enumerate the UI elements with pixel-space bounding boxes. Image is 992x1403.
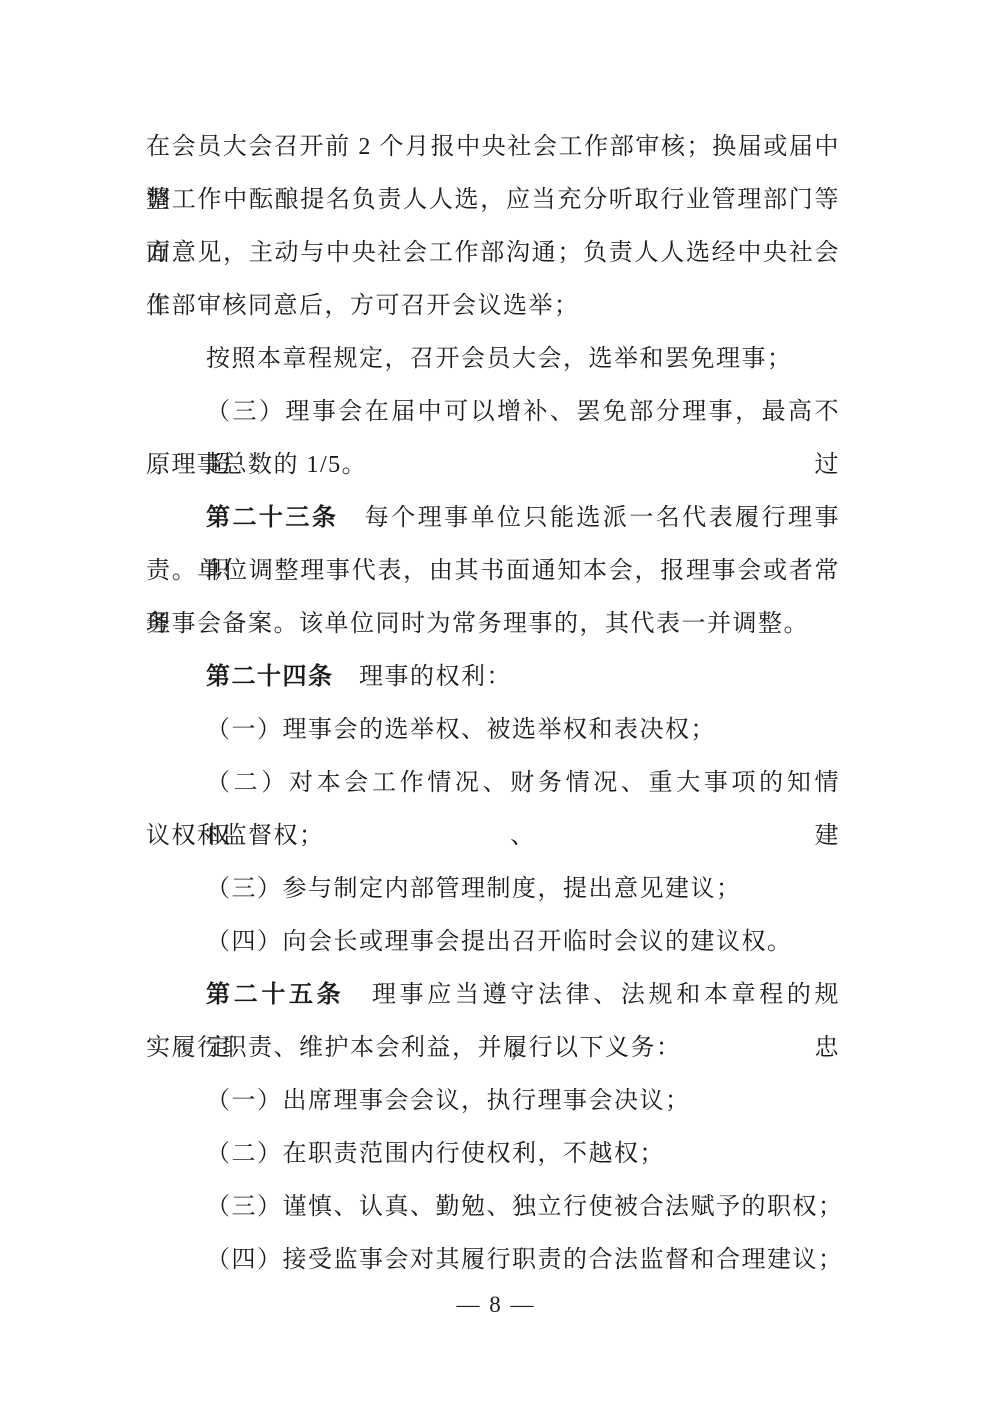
text-run: （一）出席理事会会议，执行理事会决议； <box>206 1088 691 1114</box>
text-line: （三）理事会在届中可以增补、罢免部分理事，最高不超过 <box>146 386 840 439</box>
text-run: （四）接受监事会对其履行职责的合法监督和合理建议； <box>206 1247 844 1273</box>
text-run: 理事的权利： <box>334 664 513 690</box>
text-line: 整工作中酝酿提名负责人人选，应当充分听取行业管理部门等方 <box>146 174 840 227</box>
text-run: （四）向会长或理事会提出召开临时会议的建议权。 <box>206 929 793 955</box>
text-line: （二）在职责范围内行使权利，不越权； <box>146 1128 840 1181</box>
text-line: 第二十四条 理事的权利： <box>146 651 840 704</box>
text-line: 面意见，主动与中央社会工作部沟通；负责人人选经中央社会工 <box>146 227 840 280</box>
text-run: （三）谨慎、认真、勤勉、独立行使被合法赋予的职权； <box>206 1194 844 1220</box>
text-line: 按照本章程规定，召开会员大会，选举和罢免理事； <box>146 333 840 386</box>
text-run: 作部审核同意后，方可召开会议选举； <box>146 293 580 319</box>
text-line: 理事会备案。该单位同时为常务理事的，其代表一并调整。 <box>146 598 840 651</box>
text-run: 实履行职责、维护本会利益，并履行以下义务： <box>146 1035 682 1061</box>
article-number: 第二十四条 <box>206 664 334 690</box>
text-line: 责。单位调整理事代表，由其书面通知本会，报理事会或者常务 <box>146 545 840 598</box>
text-line: 第二十三条 每个理事单位只能选派一名代表履行理事职 <box>146 492 840 545</box>
text-line: （四）向会长或理事会提出召开临时会议的建议权。 <box>146 916 840 969</box>
page-number: — 8 — <box>0 1284 992 1326</box>
text-line: （一）出席理事会会议，执行理事会决议； <box>146 1075 840 1128</box>
article-number: 第二十三条 <box>206 505 338 531</box>
text-line: 作部审核同意后，方可召开会议选举； <box>146 280 840 333</box>
text-line: （三）参与制定内部管理制度，提出意见建议； <box>146 863 840 916</box>
text-line: 第二十五条 理事应当遵守法律、法规和本章程的规定，忠 <box>146 969 840 1022</box>
text-line: （四）接受监事会对其履行职责的合法监督和合理建议； <box>146 1234 840 1287</box>
text-run: 理事会备案。该单位同时为常务理事的，其代表一并调整。 <box>146 611 809 637</box>
document-page: { "page": { "background_color": "#ffffff… <box>0 0 992 1403</box>
text-line: （二）对本会工作情况、财务情况、重大事项的知情权、建 <box>146 757 840 810</box>
text-line: （一）理事会的选举权、被选举权和表决权； <box>146 704 840 757</box>
text-run: （一）理事会的选举权、被选举权和表决权； <box>206 717 716 743</box>
article-number: 第二十五条 <box>206 982 344 1008</box>
text-run: 按照本章程规定，召开会员大会，选举和罢免理事； <box>206 346 793 372</box>
text-run: （三）参与制定内部管理制度，提出意见建议； <box>206 876 742 902</box>
text-line: 在会员大会召开前 2 个月报中央社会工作部审核；换届或届中调 <box>146 121 840 174</box>
document-body: 在会员大会召开前 2 个月报中央社会工作部审核；换届或届中调整工作中酝酿提名负责… <box>146 121 840 1287</box>
text-run: 原理事总数的 1/5。 <box>146 452 367 478</box>
text-line: （三）谨慎、认真、勤勉、独立行使被合法赋予的职权； <box>146 1181 840 1234</box>
text-run: （二）在职责范围内行使权利，不越权； <box>206 1141 665 1167</box>
text-run: 议权和监督权； <box>146 823 325 849</box>
